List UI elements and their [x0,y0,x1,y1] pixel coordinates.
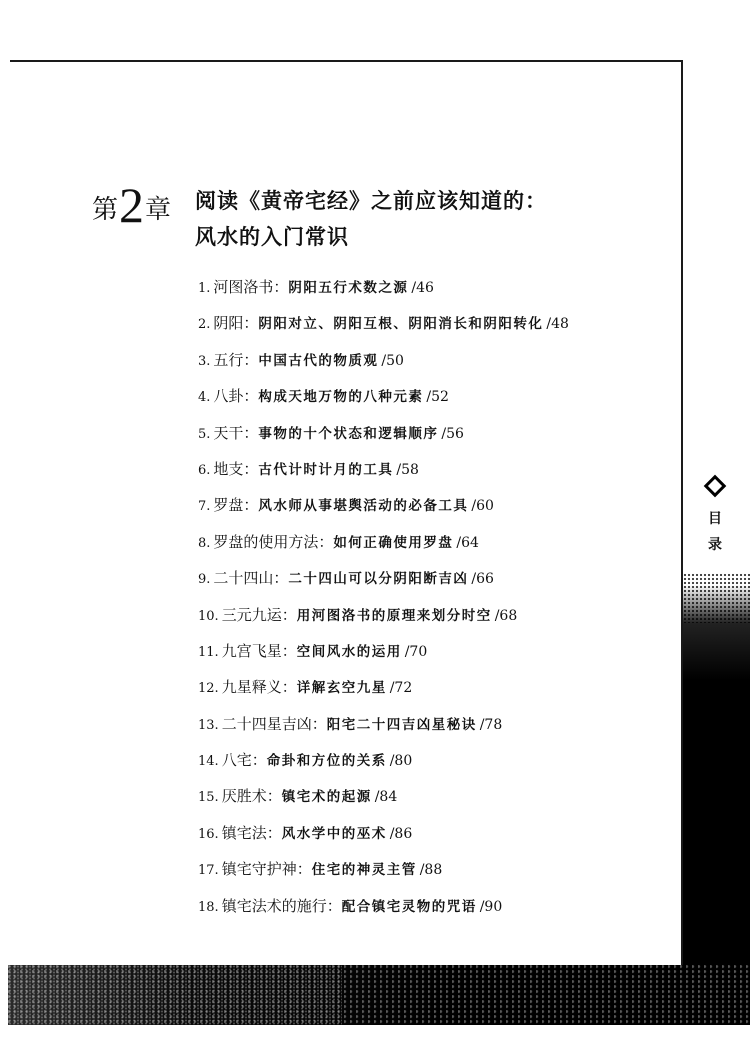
toc-entry-page: /88 [420,862,443,878]
toc-entry-page: /72 [390,680,413,696]
toc-entry-page: /56 [441,426,464,442]
chapter-suffix: 章 [145,195,171,224]
toc-entry-page: /48 [546,316,569,332]
toc-entry-page: /80 [390,753,413,769]
toc-entry-number: 2. [198,317,210,332]
toc-entry-number: 18. [198,900,219,915]
toc-entry-subtitle: 空间风水的运用 [297,644,402,660]
toc-entry-subtitle: 阳宅二十四吉凶星秘诀 [327,717,477,733]
toc-entry-heading: 九宫飞星： [222,642,297,660]
toc-entry-page: /90 [480,899,503,915]
side-tab-contents: 目 录 [690,478,740,552]
toc-entry-subtitle: 阴阳五行术数之源 [288,280,408,296]
toc-entry[interactable]: 5.天干：事物的十个状态和逻辑顺序/56 [198,422,569,458]
chapter-title: 阅读《黄帝宅经》之前应该知道的： 风水的入门常识 [195,183,547,255]
toc-entry-subtitle: 风水师从事堪舆活动的必备工具 [258,498,468,514]
toc-entry[interactable]: 15.厌胜术：镇宅术的起源/84 [198,785,569,821]
toc-entry-subtitle: 事物的十个状态和逻辑顺序 [258,426,438,442]
toc-entry-subtitle: 用河图洛书的原理来划分时空 [297,608,492,624]
toc-entry[interactable]: 17.镇宅守护神：住宅的神灵主管/88 [198,858,569,894]
toc-entry-number: 15. [198,790,219,805]
chapter-label: 第2章 [92,180,171,230]
toc-entry[interactable]: 12.九星释义：详解玄空九星/72 [198,676,569,712]
toc-entry[interactable]: 6.地支：古代计时计月的工具/58 [198,458,569,494]
toc-entry[interactable]: 3.五行：中国古代的物质观/50 [198,349,569,385]
toc-entry-page: /70 [405,644,428,660]
toc-entry-heading: 八宅： [222,751,267,769]
toc-entry[interactable]: 13.二十四星吉凶：阳宅二十四吉凶星秘诀/78 [198,713,569,749]
toc-entry-subtitle: 构成天地万物的八种元素 [258,389,423,405]
toc-entry-subtitle: 镇宅术的起源 [282,789,372,805]
toc-entry[interactable]: 16.镇宅法：风水学中的巫术/86 [198,822,569,858]
toc-entry-subtitle: 配合镇宅灵物的咒语 [342,899,477,915]
toc-entry-page: /78 [480,717,503,733]
toc-entry-heading: 天干： [213,424,258,442]
toc-entry[interactable]: 8.罗盘的使用方法：如何正确使用罗盘/64 [198,531,569,567]
toc-entry-number: 7. [198,499,210,514]
toc-entry-number: 5. [198,427,210,442]
side-tab-dark-texture [683,585,750,965]
toc-entry-heading: 镇宅法： [222,824,282,842]
toc-entry[interactable]: 4.八卦：构成天地万物的八种元素/52 [198,385,569,421]
toc-entry-subtitle: 中国古代的物质观 [258,353,378,369]
side-tab-char-2: 录 [690,538,740,552]
toc-entry-page: /60 [471,498,494,514]
toc-entry-heading: 五行： [213,351,258,369]
toc-entry[interactable]: 18.镇宅法术的施行：配合镇宅灵物的咒语/90 [198,895,569,931]
toc-entry-number: 16. [198,827,219,842]
toc-entry-page: /84 [375,789,398,805]
toc-entry-page: /64 [456,535,479,551]
toc-entry[interactable]: 14.八宅：命卦和方位的关系/80 [198,749,569,785]
toc-entry-subtitle: 详解玄空九星 [297,680,387,696]
chapter-title-line-1: 阅读《黄帝宅经》之前应该知道的： [195,183,547,219]
toc-entry-heading: 河图洛书： [213,278,288,296]
toc-entry-heading: 阴阳： [213,314,258,332]
toc-entry-subtitle: 古代计时计月的工具 [258,462,393,478]
toc-entry[interactable]: 2.阴阳：阴阳对立、阴阳互根、阴阳消长和阴阳转化/48 [198,312,569,348]
toc-entry-number: 9. [198,572,210,587]
chapter-title-line-2: 风水的入门常识 [195,219,547,255]
diamond-icon [704,475,727,498]
toc-entry-number: 8. [198,536,210,551]
toc-entry-heading: 罗盘： [213,496,258,514]
page-frame-top-rule [10,60,683,62]
toc-entry[interactable]: 1.河图洛书：阴阳五行术数之源/46 [198,276,569,312]
toc-entry-page: /66 [471,571,494,587]
toc-entry-subtitle: 如何正确使用罗盘 [333,535,453,551]
toc-entry[interactable]: 11.九宫飞星：空间风水的运用/70 [198,640,569,676]
chapter-number: 2 [119,177,144,233]
toc-entry-heading: 厌胜术： [222,787,282,805]
toc-entry-page: /50 [381,353,404,369]
toc-entry-heading: 八卦： [213,387,258,405]
toc-entry-number: 11. [198,645,219,660]
toc-entry-heading: 罗盘的使用方法： [213,533,333,551]
table-of-contents: 1.河图洛书：阴阳五行术数之源/462.阴阳：阴阳对立、阴阳互根、阴阳消长和阴阳… [198,276,569,931]
toc-entry-subtitle: 阴阳对立、阴阳互根、阴阳消长和阴阳转化 [258,316,543,332]
toc-entry-page: /68 [495,608,518,624]
toc-entry-subtitle: 二十四山可以分阴阳断吉凶 [288,571,468,587]
toc-entry-page: /46 [411,280,434,296]
toc-entry-number: 4. [198,390,210,405]
toc-entry-number: 14. [198,754,219,769]
toc-entry[interactable]: 7.罗盘：风水师从事堪舆活动的必备工具/60 [198,494,569,530]
toc-entry-heading: 镇宅法术的施行： [222,897,342,915]
toc-entry-number: 3. [198,354,210,369]
toc-entry-number: 17. [198,863,219,878]
toc-entry-heading: 地支： [213,460,258,478]
toc-entry-number: 10. [198,609,219,624]
toc-entry-heading: 三元九运： [222,606,297,624]
toc-entry-number: 6. [198,463,210,478]
chapter-prefix: 第 [92,195,118,224]
toc-entry-heading: 九星释义： [222,678,297,696]
toc-entry-heading: 镇宅守护神： [222,860,312,878]
toc-entry-heading: 二十四星吉凶： [222,715,327,733]
toc-entry[interactable]: 9.二十四山：二十四山可以分阴阳断吉凶/66 [198,567,569,603]
toc-entry-subtitle: 住宅的神灵主管 [312,862,417,878]
toc-entry-page: /58 [396,462,419,478]
toc-entry-number: 13. [198,718,219,733]
toc-entry-heading: 二十四山： [213,569,288,587]
toc-entry-subtitle: 命卦和方位的关系 [267,753,387,769]
toc-entry-subtitle: 风水学中的巫术 [282,826,387,842]
toc-entry-page: /86 [390,826,413,842]
toc-entry-page: /52 [426,389,449,405]
toc-entry-number: 1. [198,281,210,296]
toc-entry-number: 12. [198,681,219,696]
toc-entry[interactable]: 10.三元九运：用河图洛书的原理来划分时空/68 [198,604,569,640]
side-tab-char-1: 目 [690,512,740,526]
bottom-dark-band [8,965,750,1025]
